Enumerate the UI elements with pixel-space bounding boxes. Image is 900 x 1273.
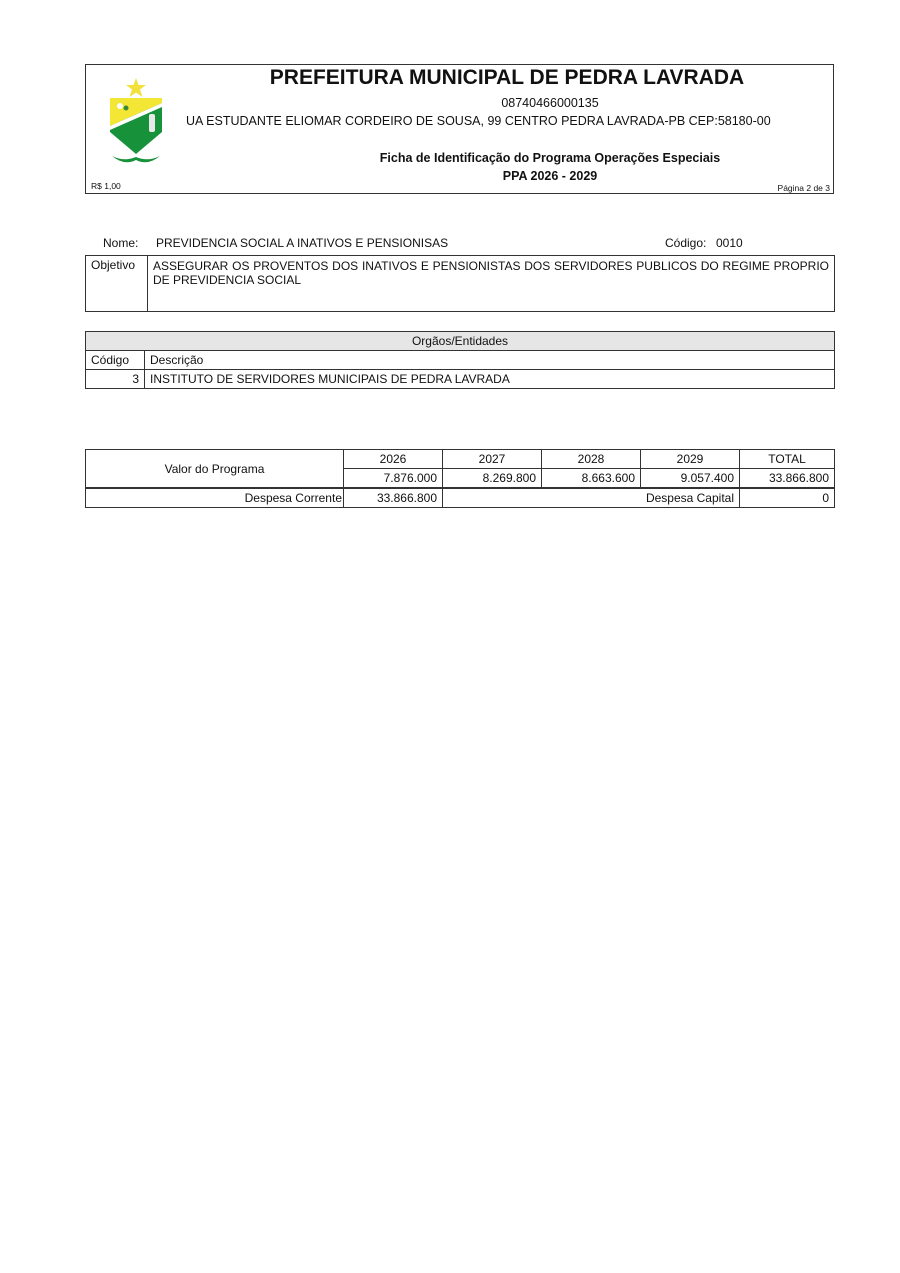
year-header: 2027 [443,450,542,469]
program-code: 0010 [716,236,743,250]
ppa-period: PPA 2026 - 2029 [85,169,900,183]
orgao-codigo: 3 [86,370,145,389]
code-label: Código: [665,236,706,250]
page-title: PREFEITURA MUNICIPAL DE PEDRA LAVRADA [0,66,849,90]
page-number: Página 2 de 3 [778,183,830,193]
orgao-descricao: INSTITUTO DE SERVIDORES MUNICIPAIS DE PE… [145,370,835,389]
table-row: 3 INSTITUTO DE SERVIDORES MUNICIPAIS DE … [86,370,835,389]
program-name: PREVIDENCIA SOCIAL A INATIVOS E PENSIONI… [156,236,448,250]
address: UA ESTUDANTE ELIOMAR CORDEIRO DE SOUSA, … [186,114,834,128]
col-codigo-header: Código [86,351,145,370]
total-value: 33.866.800 [740,469,835,489]
document-subtitle: Ficha de Identificação do Programa Opera… [85,151,900,165]
year-header: 2028 [542,450,641,469]
value-cell: 9.057.400 [641,469,740,489]
despesa-corrente-value: 33.866.800 [344,488,443,508]
objective-text: ASSEGURAR OS PROVENTOS DOS INATIVOS E PE… [148,256,835,312]
value-cell: 7.876.000 [344,469,443,489]
name-label: Nome: [103,236,138,250]
total-header: TOTAL [740,450,835,469]
year-header: 2026 [344,450,443,469]
despesa-capital-value: 0 [740,488,835,508]
program-values-table: Valor do Programa 2026 2027 2028 2029 TO… [85,449,835,508]
year-header: 2029 [641,450,740,469]
program-value-label: Valor do Programa [86,450,344,489]
despesa-corrente-label: Despesa Corrente [86,488,344,508]
orgaos-table: Orgãos/Entidades Código Descrição 3 INST… [85,331,835,389]
value-cell: 8.663.600 [542,469,641,489]
col-descricao-header: Descrição [145,351,835,370]
cnpj: 08740466000135 [85,96,900,110]
currency-unit: R$ 1,00 [91,181,121,191]
value-cell: 8.269.800 [443,469,542,489]
objective-table: Objetivo ASSEGURAR OS PROVENTOS DOS INAT… [85,255,835,312]
orgaos-title: Orgãos/Entidades [86,332,835,351]
despesa-capital-label: Despesa Capital [443,488,740,508]
objective-label: Objetivo [86,256,148,312]
